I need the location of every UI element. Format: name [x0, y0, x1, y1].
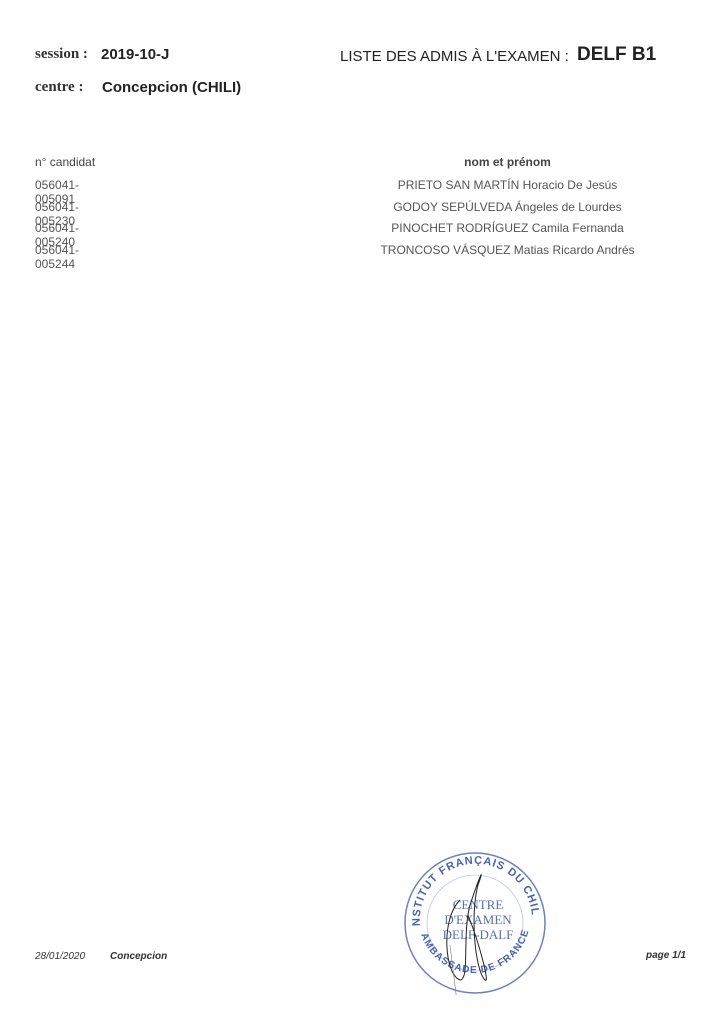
- svg-text:D'EXAMEN: D'EXAMEN: [444, 912, 512, 927]
- page-number: page 1/1: [646, 950, 686, 961]
- footer-date: 28/01/2020: [35, 951, 85, 962]
- candidate-name: PRIETO SAN MARTÍN Horacio De Jesús: [355, 178, 660, 192]
- column-header-candidate-number: n° candidat: [35, 155, 95, 169]
- exam-level: DELF B1: [577, 44, 656, 66]
- candidate-name: PINOCHET RODRÍGUEZ Camila Fernanda: [355, 221, 660, 235]
- candidate-name: TRONCOSO VÁSQUEZ Matias Ricardo Andrés: [355, 243, 660, 257]
- svg-text:CENTRE: CENTRE: [453, 897, 504, 912]
- list-title: LISTE DES ADMIS À L'EXAMEN :: [340, 48, 569, 65]
- candidate-number: 056041-005244: [35, 243, 79, 271]
- centre-value: Concepcion (CHILI): [102, 79, 241, 96]
- centre-label: centre :: [35, 79, 83, 96]
- institution-stamp-icon: INSTITUT FRANÇAIS DU CHILI AMBASSADE DE …: [400, 845, 550, 995]
- column-header-name: nom et prénom: [355, 155, 660, 169]
- session-label: session :: [35, 46, 88, 63]
- footer-place: Concepcion: [110, 951, 167, 962]
- session-value: 2019-10-J: [101, 46, 169, 63]
- svg-text:DELF-DALF: DELF-DALF: [443, 927, 514, 942]
- candidate-name: GODOY SEPÚLVEDA Ángeles de Lourdes: [355, 200, 660, 214]
